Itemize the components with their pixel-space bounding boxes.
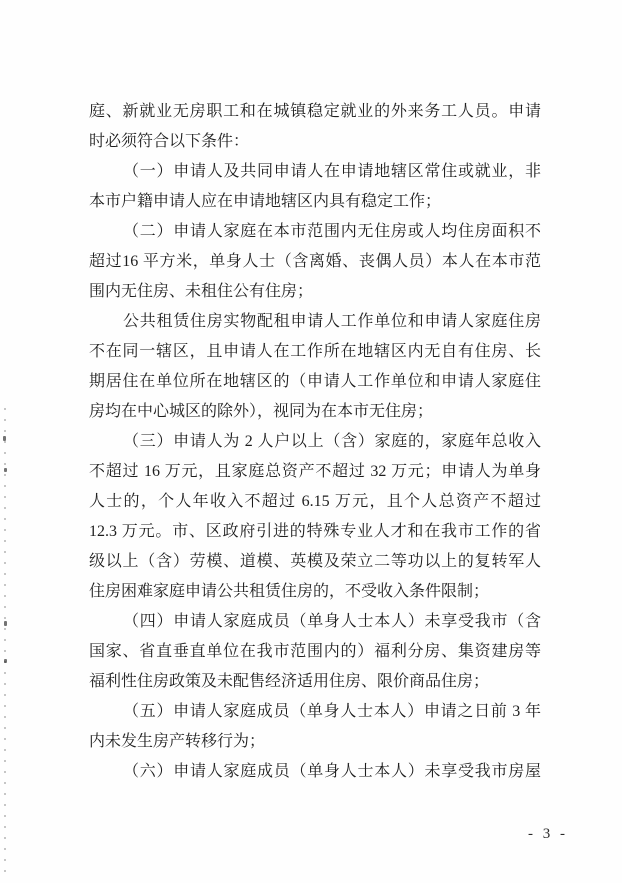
scan-artifact-speck <box>4 468 7 472</box>
text-line: 房均在中心城区的除外），视同为在本市无住房； <box>89 397 541 427</box>
text-line: 期居住在单位所在地辖区的（申请人工作单位和申请人家庭住 <box>89 367 541 397</box>
scanned-document-page: 庭、新就业无房职工和在城镇稳定就业的外来务工人员。申请 时必须符合以下条件： （… <box>0 0 622 883</box>
text-line: 国家、省直垂直单位在我市范围内的）福利分房、集资建房等 <box>89 637 541 667</box>
text-line: （二）申请人家庭在本市范围内无住房或人均住房面积不 <box>89 217 541 247</box>
scan-artifact-edge-line <box>4 408 6 880</box>
text-line: （一）申请人及共同申请人在申请地辖区常住或就业，非 <box>89 157 541 187</box>
text-line: 级以上（含）劳模、道模、英模及荣立二等功以上的复转军人 <box>89 547 541 577</box>
text-line: 内未发生房产转移行为； <box>89 727 541 757</box>
text-line: （四）申请人家庭成员（单身人士本人）未享受我市（含 <box>89 607 541 637</box>
scan-artifact-speck <box>4 659 7 663</box>
text-line: （五）申请人家庭成员（单身人士本人）申请之日前 3 年 <box>89 697 541 727</box>
text-line: 12.3 万元。市、区政府引进的特殊专业人才和在我市工作的省 <box>89 517 541 547</box>
text-line: 围内无住房、未租住公有住房； <box>89 277 541 307</box>
text-line: 庭、新就业无房职工和在城镇稳定就业的外来务工人员。申请 <box>89 97 541 127</box>
text-line: 超过16 平方米，单身人士（含离婚、丧偶人员）本人在本市范 <box>89 247 541 277</box>
scan-artifact-speck <box>3 436 6 441</box>
body-text: 庭、新就业无房职工和在城镇稳定就业的外来务工人员。申请 时必须符合以下条件： （… <box>89 97 541 787</box>
text-line: 公共租赁住房实物配租申请人工作单位和申请人家庭住房 <box>89 307 541 337</box>
text-line: 福利性住房政策及未配售经济适用住房、限价商品住房； <box>89 667 541 697</box>
text-line: 不超过 16 万元，且家庭总资产不超过 32 万元；申请人为单身 <box>89 457 541 487</box>
page-number: - 3 - <box>528 826 598 843</box>
text-line: 不在同一辖区，且申请人在工作所在地辖区内无自有住房、长 <box>89 337 541 367</box>
text-line: （三）申请人为 2 人户以上（含）家庭的，家庭年总收入 <box>89 427 541 457</box>
scan-artifact-speck <box>4 621 7 626</box>
text-line: 住房困难家庭申请公共租赁住房的，不受收入条件限制； <box>89 577 541 607</box>
text-line: 时必须符合以下条件： <box>89 127 541 157</box>
text-line: （六）申请人家庭成员（单身人士本人）未享受我市房屋 <box>89 757 541 787</box>
text-line: 本市户籍申请人应在申请地辖区内具有稳定工作； <box>89 187 541 217</box>
text-line: 人士的，个人年收入不超过 6.15 万元，且个人总资产不超过 <box>89 487 541 517</box>
